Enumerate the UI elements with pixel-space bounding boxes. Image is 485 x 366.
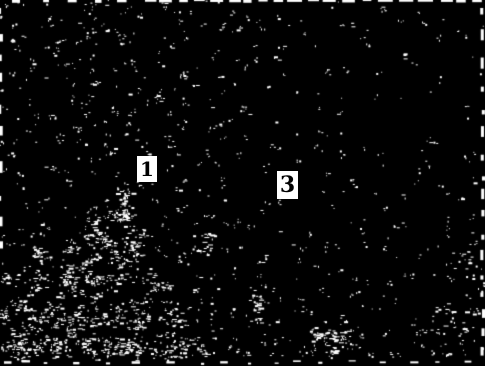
micrograph-texture-canvas (0, 0, 485, 366)
region-label-1: 1 (137, 156, 157, 182)
region-label-3: 3 (277, 171, 298, 199)
micrograph-figure: 1 3 (0, 0, 485, 366)
